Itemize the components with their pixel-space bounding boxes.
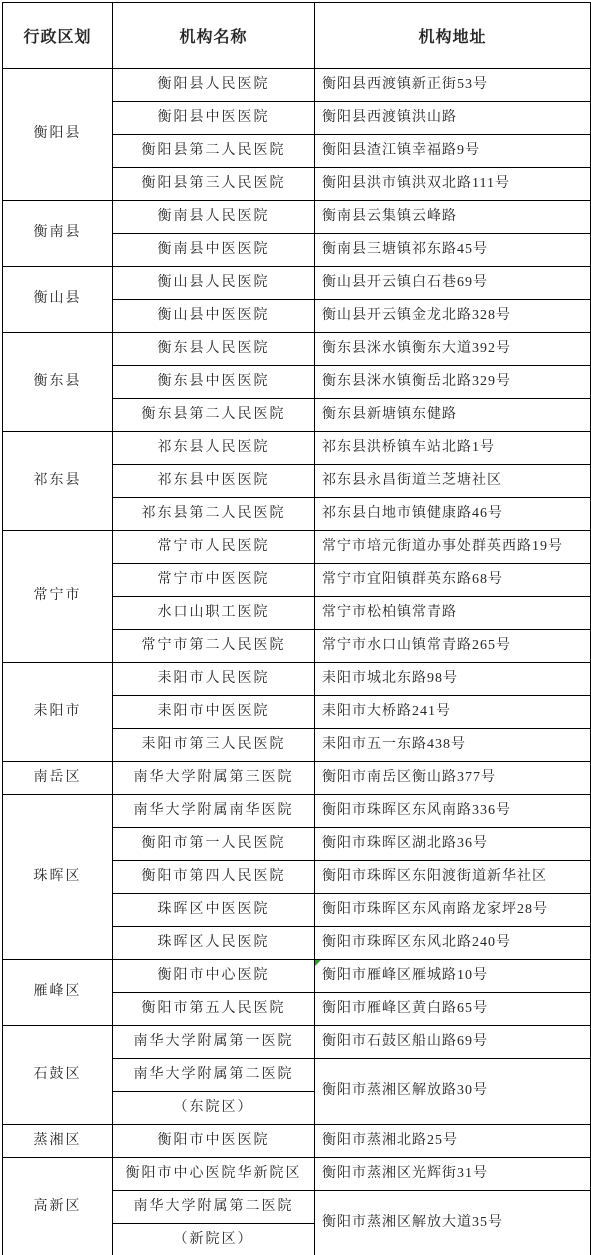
institution-address-text: 常宁市水口山镇常青路265号 xyxy=(322,638,511,653)
institution-address-text: 衡阳市蒸湘区解放大道35号 xyxy=(322,1215,503,1230)
institution-address-text: 衡山县开云镇金龙北路328号 xyxy=(322,308,511,323)
institution-name-cell: 衡阳县中医医院 xyxy=(113,102,315,135)
institution-address-text: 耒阳市五一东路438号 xyxy=(322,737,466,752)
institution-address-cell: 衡阳市雁峰区雁城路10号 xyxy=(315,960,591,993)
institution-address-cell: 耒阳市大桥路241号 xyxy=(315,696,591,729)
institution-address-cell: 衡阳市蒸湘区解放大道35号 xyxy=(315,1191,591,1255)
hospital-table: 行政区划 机构名称 机构地址 衡阳县衡阳县人民医院衡阳县西渡镇新正街53号衡阳县… xyxy=(2,2,591,1255)
district-cell: 祁东县 xyxy=(3,432,113,531)
institution-address-cell: 衡南县云集镇云峰路 xyxy=(315,201,591,234)
institution-address-text: 衡阳市珠晖区东风北路240号 xyxy=(322,935,511,950)
institution-address-cell: 衡南县三塘镇祁东路45号 xyxy=(315,234,591,267)
institution-name-cell: 衡阳市中心医院 xyxy=(113,960,315,993)
district-cell: 珠晖区 xyxy=(3,795,113,960)
institution-address-text: 常宁市培元街道办事处群英西路19号 xyxy=(322,539,563,554)
institution-address-text: 衡阳县渣江镇幸福路9号 xyxy=(322,143,480,158)
district-cell: 衡东县 xyxy=(3,333,113,432)
institution-name-cell: 衡东县第二人民医院 xyxy=(113,399,315,432)
hospital-table-body: 衡阳县衡阳县人民医院衡阳县西渡镇新正街53号衡阳县中医医院衡阳县西渡镇洪山路衡阳… xyxy=(3,69,591,1255)
institution-address-cell: 常宁市宜阳镇群英东路68号 xyxy=(315,564,591,597)
header-district: 行政区划 xyxy=(3,3,113,69)
institution-address-text: 衡阳市南岳区衡山路377号 xyxy=(322,770,496,785)
table-row: 常宁市常宁市人民医院常宁市培元街道办事处群英西路19号 xyxy=(3,531,591,564)
institution-address-text: 衡阳县洪市镇洪双北路111号 xyxy=(322,176,510,191)
table-row: 衡山县衡山县人民医院衡山县开云镇白石巷69号 xyxy=(3,267,591,300)
institution-name-cell: 衡东县中医医院 xyxy=(113,366,315,399)
institution-name-cell: 衡山县人民医院 xyxy=(113,267,315,300)
institution-address-cell: 衡山县开云镇白石巷69号 xyxy=(315,267,591,300)
institution-name-cell: 常宁市中医医院 xyxy=(113,564,315,597)
institution-address-text: 耒阳市大桥路241号 xyxy=(322,704,451,719)
header-row: 行政区划 机构名称 机构地址 xyxy=(3,3,591,69)
institution-address-cell: 耒阳市城北东路98号 xyxy=(315,663,591,696)
institution-address-text: 衡阳市珠晖区湖北路36号 xyxy=(322,836,488,851)
institution-address-text: 常宁市松柏镇常青路 xyxy=(322,605,457,620)
institution-address-text: 衡阳市石鼓区船山路69号 xyxy=(322,1034,488,1049)
header-institution-address: 机构地址 xyxy=(315,3,591,69)
institution-name-cell: 祁东县中医医院 xyxy=(113,465,315,498)
institution-name-cell: 水口山职工医院 xyxy=(113,597,315,630)
table-row: 衡阳县衡阳县人民医院衡阳县西渡镇新正街53号 xyxy=(3,69,591,102)
green-corner-marker xyxy=(315,960,321,966)
institution-address-text: 衡阳市蒸湘北路25号 xyxy=(322,1133,458,1148)
institution-name-cell: 衡阳市第一人民医院 xyxy=(113,828,315,861)
institution-address-text: 衡阳市蒸湘区光辉街31号 xyxy=(322,1166,488,1181)
table-row: 南岳区南华大学附属第三医院衡阳市南岳区衡山路377号 xyxy=(3,762,591,795)
institution-address-cell: 衡阳市珠晖区东阳渡街道新华社区 xyxy=(315,861,591,894)
institution-name-cell: 珠晖区人民医院 xyxy=(113,927,315,960)
district-cell: 蒸湘区 xyxy=(3,1125,113,1158)
institution-address-text: 衡东县洣水镇衡东大道392号 xyxy=(322,341,511,356)
institution-name-cell: 衡阳县第二人民医院 xyxy=(113,135,315,168)
institution-address-text: 衡阳市珠晖区东阳渡街道新华社区 xyxy=(322,869,547,884)
district-cell: 耒阳市 xyxy=(3,663,113,762)
institution-address-text: 耒阳市城北东路98号 xyxy=(322,671,458,686)
institution-address-text: 祁东县洪桥镇车站北路1号 xyxy=(322,440,495,455)
institution-name-cell: 衡阳县人民医院 xyxy=(113,69,315,102)
table-row: 祁东县祁东县人民医院祁东县洪桥镇车站北路1号 xyxy=(3,432,591,465)
institution-address-cell: 衡阳市蒸湘区解放路30号 xyxy=(315,1059,591,1125)
institution-address-text: 祁东县永昌街道兰芝塘社区 xyxy=(322,473,502,488)
institution-name-cell: 衡阳市中心医院华新院区 xyxy=(113,1158,315,1191)
institution-address-text: 衡南县三塘镇祁东路45号 xyxy=(322,242,488,257)
table-row: 珠晖区南华大学附属南华医院衡阳市珠晖区东风南路336号 xyxy=(3,795,591,828)
table-row: 石鼓区南华大学附属第一医院衡阳市石鼓区船山路69号 xyxy=(3,1026,591,1059)
district-cell: 雁峰区 xyxy=(3,960,113,1026)
district-cell: 南岳区 xyxy=(3,762,113,795)
district-cell: 常宁市 xyxy=(3,531,113,663)
institution-name-cell: 祁东县第二人民医院 xyxy=(113,498,315,531)
institution-address-text: 衡阳县西渡镇新正街53号 xyxy=(322,77,488,92)
institution-name-cell: 常宁市人民医院 xyxy=(113,531,315,564)
institution-address-cell: 衡阳市石鼓区船山路69号 xyxy=(315,1026,591,1059)
institution-address-text: 衡阳市蒸湘区解放路30号 xyxy=(322,1083,488,1098)
table-header: 行政区划 机构名称 机构地址 xyxy=(3,3,591,69)
institution-address-cell: 衡阳市珠晖区东风北路240号 xyxy=(315,927,591,960)
institution-address-cell: 祁东县永昌街道兰芝塘社区 xyxy=(315,465,591,498)
institution-address-text: 衡东县洣水镇衡岳北路329号 xyxy=(322,374,511,389)
institution-address-cell: 衡阳市雁峰区黄白路65号 xyxy=(315,993,591,1026)
institution-name-cell: 南华大学附属南华医院 xyxy=(113,795,315,828)
institution-name-cell: 耒阳市第三人民医院 xyxy=(113,729,315,762)
institution-address-cell: 衡阳市珠晖区东风南路336号 xyxy=(315,795,591,828)
institution-address-cell: 常宁市松柏镇常青路 xyxy=(315,597,591,630)
institution-name-cell: 南华大学附属第三医院 xyxy=(113,762,315,795)
institution-address-cell: 衡阳县洪市镇洪双北路111号 xyxy=(315,168,591,201)
institution-name-cell: 衡阳市中医医院 xyxy=(113,1125,315,1158)
institution-name-cell: 衡南县人民医院 xyxy=(113,201,315,234)
institution-address-text: 衡阳市雁峰区黄白路65号 xyxy=(322,1001,488,1016)
district-cell: 石鼓区 xyxy=(3,1026,113,1125)
institution-address-cell: 衡阳市蒸湘北路25号 xyxy=(315,1125,591,1158)
institution-address-cell: 常宁市水口山镇常青路265号 xyxy=(315,630,591,663)
district-cell: 高新区 xyxy=(3,1158,113,1255)
table-row: 耒阳市耒阳市人民医院耒阳市城北东路98号 xyxy=(3,663,591,696)
institution-address-cell: 衡阳县渣江镇幸福路9号 xyxy=(315,135,591,168)
institution-address-text: 衡东县新塘镇东健路 xyxy=(322,407,457,422)
district-cell: 衡阳县 xyxy=(3,69,113,201)
institution-address-cell: 衡山县开云镇金龙北路328号 xyxy=(315,300,591,333)
table-row: 高新区衡阳市中心医院华新院区衡阳市蒸湘区光辉街31号 xyxy=(3,1158,591,1191)
table-row: 蒸湘区衡阳市中医医院衡阳市蒸湘北路25号 xyxy=(3,1125,591,1158)
institution-name-cell: 常宁市第二人民医院 xyxy=(113,630,315,663)
institution-address-cell: 衡阳市珠晖区东风南路龙家坪28号 xyxy=(315,894,591,927)
institution-address-text: 衡山县开云镇白石巷69号 xyxy=(322,275,488,290)
institution-address-text: 常宁市宜阳镇群英东路68号 xyxy=(322,572,503,587)
institution-name-cell: 南华大学附属第二医院 xyxy=(113,1059,315,1092)
institution-address-text: 祁东县白地市镇健康路46号 xyxy=(322,506,503,521)
table-row: 雁峰区衡阳市中心医院衡阳市雁峰区雁城路10号 xyxy=(3,960,591,993)
district-cell: 衡山县 xyxy=(3,267,113,333)
institution-address-cell: 耒阳市五一东路438号 xyxy=(315,729,591,762)
institution-name-cell: 祁东县人民医院 xyxy=(113,432,315,465)
institution-address-text: 衡阳市珠晖区东风南路龙家坪28号 xyxy=(322,902,548,917)
institution-name-cell: 衡阳县第三人民医院 xyxy=(113,168,315,201)
institution-address-text: 衡阳市珠晖区东风南路336号 xyxy=(322,803,511,818)
institution-address-cell: 衡东县新塘镇东健路 xyxy=(315,399,591,432)
institution-address-cell: 衡东县洣水镇衡岳北路329号 xyxy=(315,366,591,399)
header-institution-name: 机构名称 xyxy=(113,3,315,69)
district-cell: 衡南县 xyxy=(3,201,113,267)
table-row: 衡东县衡东县人民医院衡东县洣水镇衡东大道392号 xyxy=(3,333,591,366)
institution-name-cell: 南华大学附属第二医院 xyxy=(113,1191,315,1224)
institution-name-cell: 珠晖区中医医院 xyxy=(113,894,315,927)
institution-address-cell: 衡阳市蒸湘区光辉街31号 xyxy=(315,1158,591,1191)
institution-address-text: 衡阳市雁峰区雁城路10号 xyxy=(322,968,488,983)
institution-name-cell: （东院区） xyxy=(113,1092,315,1125)
institution-name-cell: 衡东县人民医院 xyxy=(113,333,315,366)
institution-address-cell: 衡阳县西渡镇新正街53号 xyxy=(315,69,591,102)
institution-address-cell: 衡东县洣水镇衡东大道392号 xyxy=(315,333,591,366)
institution-address-cell: 衡阳市珠晖区湖北路36号 xyxy=(315,828,591,861)
table-row: 衡南县衡南县人民医院衡南县云集镇云峰路 xyxy=(3,201,591,234)
institution-address-cell: 祁东县洪桥镇车站北路1号 xyxy=(315,432,591,465)
institution-name-cell: （新院区） xyxy=(113,1224,315,1255)
institution-name-cell: 衡山县中医医院 xyxy=(113,300,315,333)
institution-address-cell: 衡阳市南岳区衡山路377号 xyxy=(315,762,591,795)
institution-name-cell: 衡阳市第五人民医院 xyxy=(113,993,315,1026)
institution-address-text: 衡阳县西渡镇洪山路 xyxy=(322,110,457,125)
institution-name-cell: 衡南县中医医院 xyxy=(113,234,315,267)
institution-name-cell: 耒阳市中医医院 xyxy=(113,696,315,729)
institution-address-cell: 衡阳县西渡镇洪山路 xyxy=(315,102,591,135)
institution-name-cell: 衡阳市第四人民医院 xyxy=(113,861,315,894)
institution-address-cell: 常宁市培元街道办事处群英西路19号 xyxy=(315,531,591,564)
institution-name-cell: 耒阳市人民医院 xyxy=(113,663,315,696)
institution-name-cell: 南华大学附属第一医院 xyxy=(113,1026,315,1059)
institution-address-cell: 祁东县白地市镇健康路46号 xyxy=(315,498,591,531)
institution-address-text: 衡南县云集镇云峰路 xyxy=(322,209,457,224)
